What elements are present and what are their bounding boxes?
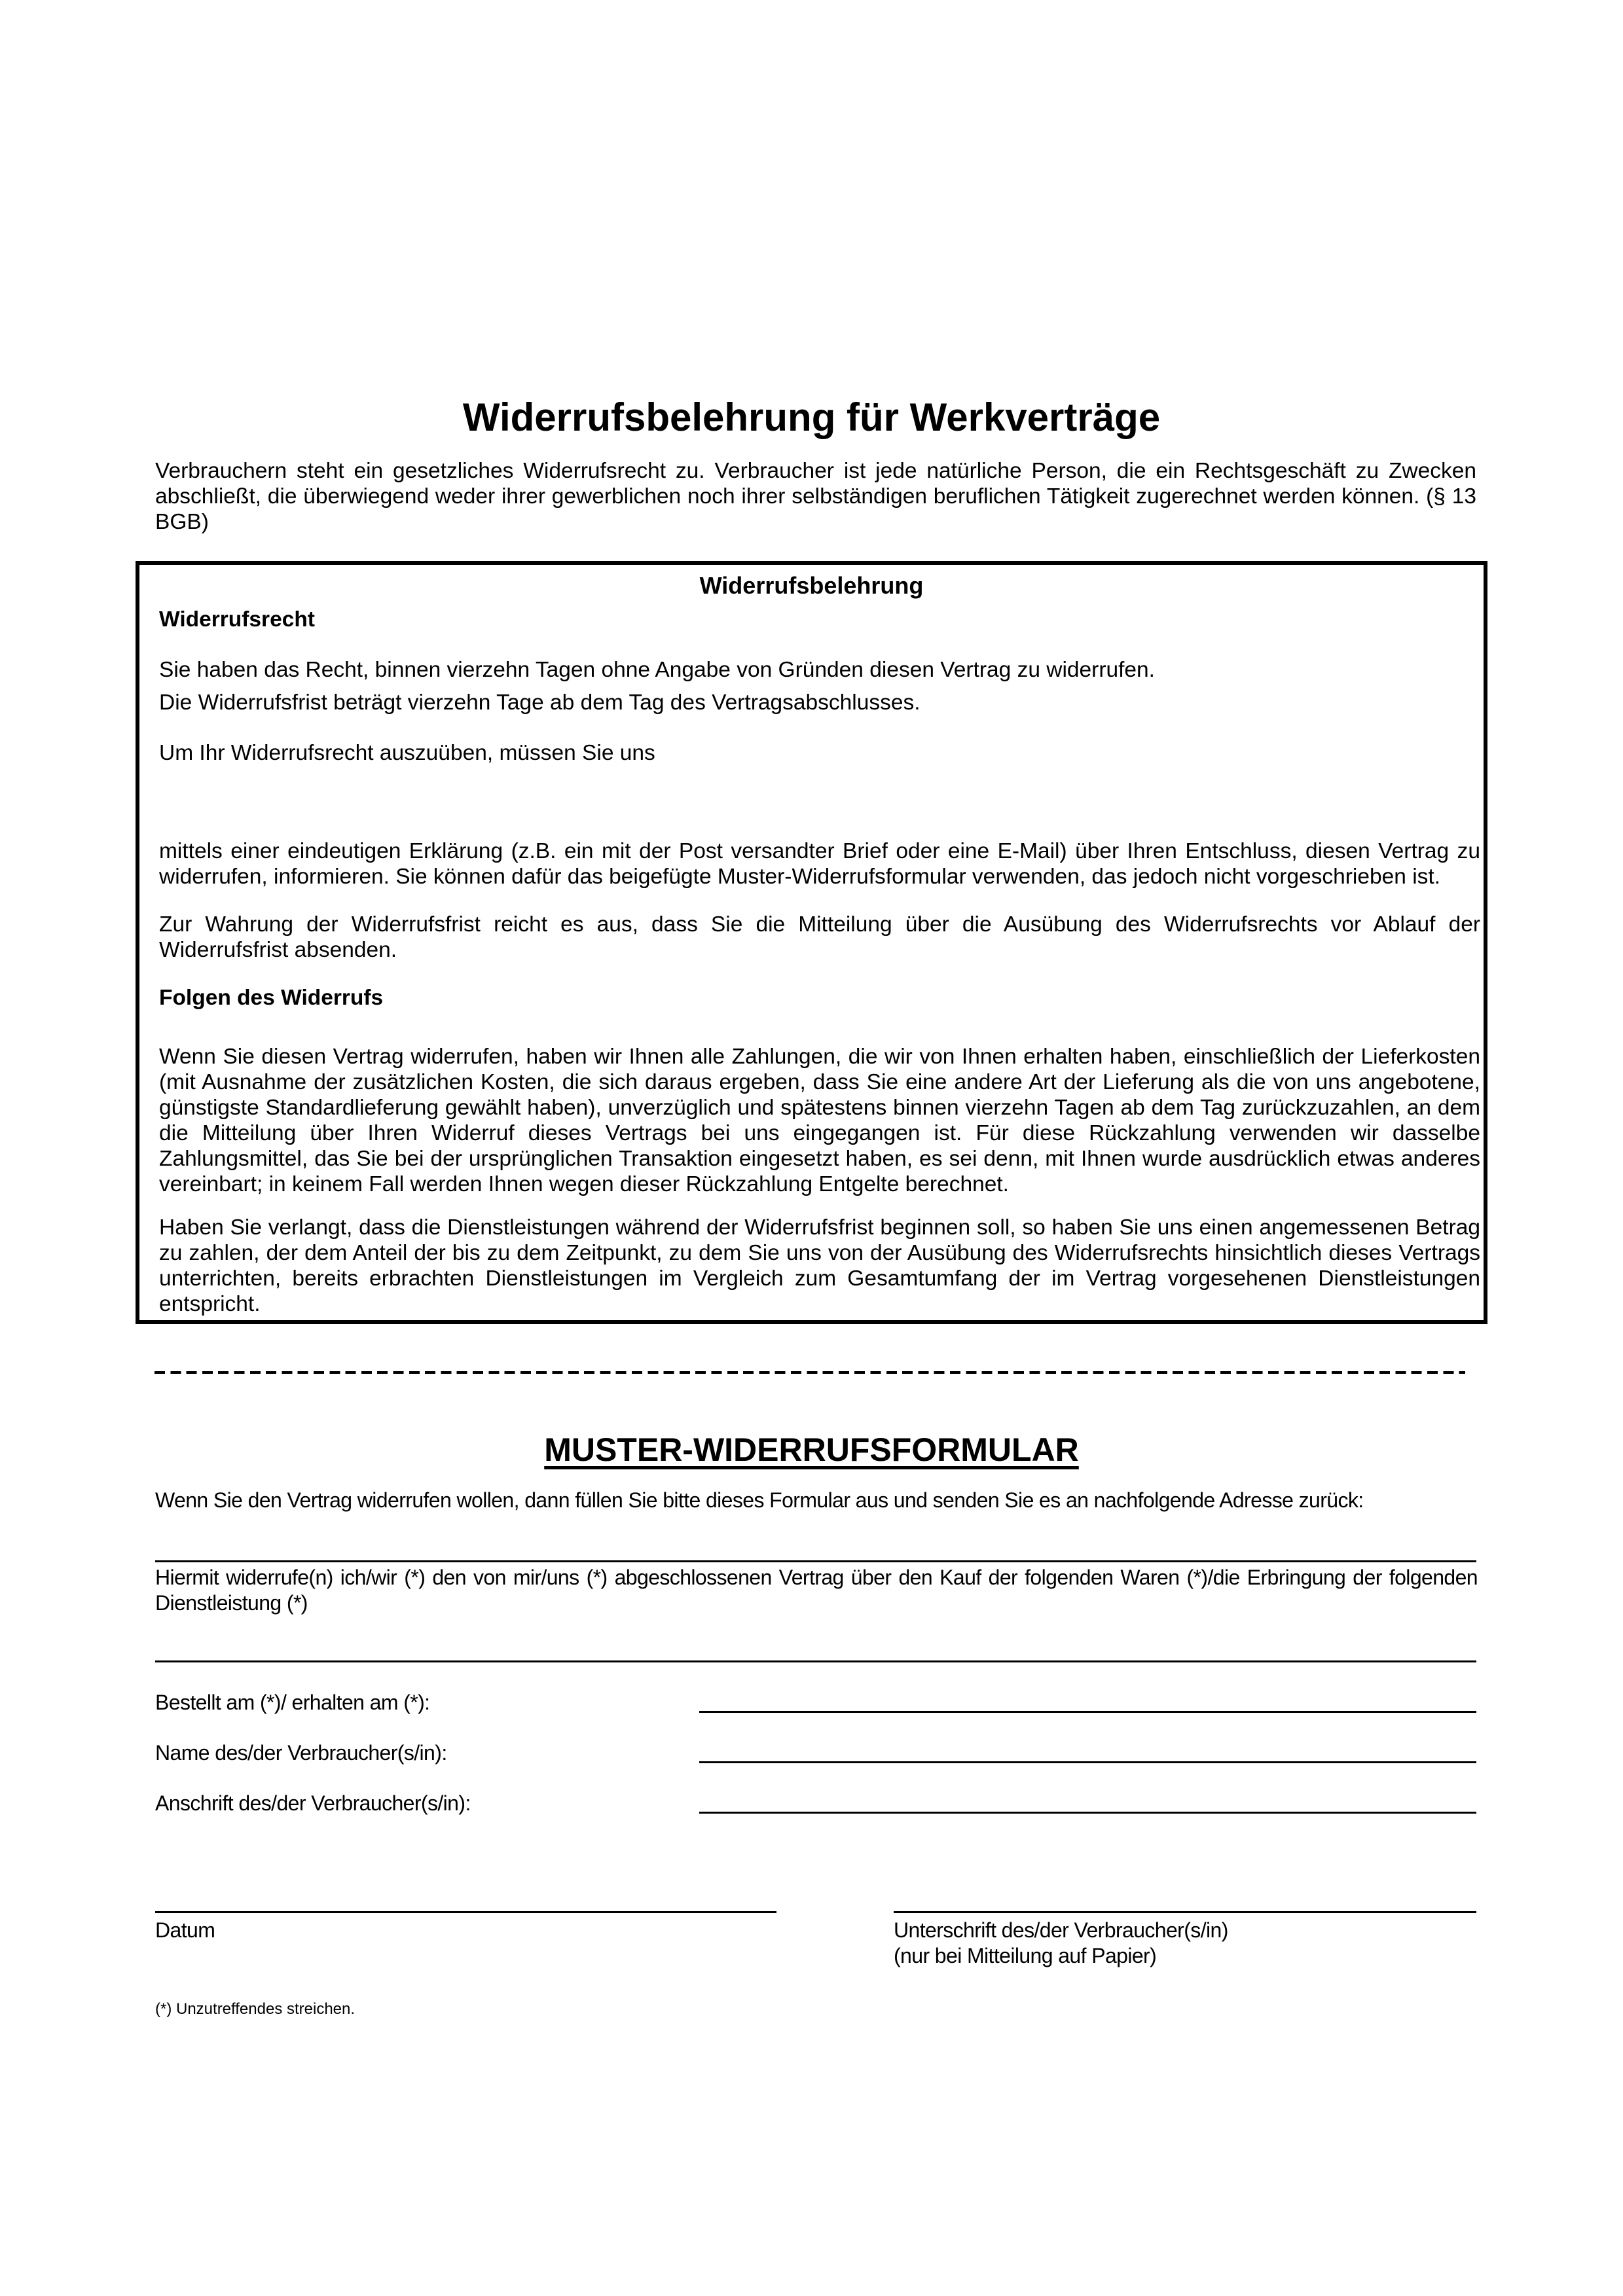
form-title: MUSTER-WIDERRUFSFORMULAR <box>0 1430 1623 1469</box>
form-title-text: MUSTER-WIDERRUFSFORMULAR <box>544 1431 1079 1468</box>
box-heading: Widerrufsbelehrung <box>139 571 1484 600</box>
footnote: (*) Unzutreffendes streichen. <box>155 2000 355 2019</box>
field-line-consumer-name[interactable] <box>699 1761 1476 1763</box>
address-line[interactable] <box>155 1560 1476 1562</box>
paragraph-services: Haben Sie verlangt, dass die Dienstleist… <box>159 1215 1480 1317</box>
section-title-folgen: Folgen des Widerrufs <box>159 985 383 1011</box>
field-line-ordered-received[interactable] <box>699 1711 1476 1713</box>
signature-line[interactable] <box>894 1911 1476 1913</box>
paragraph-consequences: Wenn Sie diesen Vertrag widerrufen, habe… <box>159 1044 1480 1197</box>
section-title-widerrufsrecht: Widerrufsrecht <box>159 607 315 633</box>
paragraph-right-line2: Die Widerrufsfrist beträgt vierzehn Tage… <box>159 690 1480 715</box>
date-line[interactable] <box>155 1911 776 1913</box>
field-label-consumer-address: Anschrift des/der Verbraucher(s/in): <box>155 1791 471 1816</box>
withdrawal-instructions-box: Widerrufsbelehrung Widerrufsrecht Sie ha… <box>136 561 1487 1324</box>
declaration-text: Hiermit widerrufe(n) ich/wir (*) den von… <box>155 1565 1478 1616</box>
field-label-consumer-name: Name des/der Verbraucher(s/in): <box>155 1740 447 1766</box>
intro-paragraph: Verbrauchern steht ein gesetzliches Wide… <box>155 458 1476 535</box>
paragraph-right-line1: Sie haben das Recht, binnen vierzehn Tag… <box>159 657 1480 683</box>
date-label: Datum <box>155 1918 215 1943</box>
paragraph-exercise-right: Um Ihr Widerrufsrecht auszuüben, müssen … <box>159 740 1480 766</box>
field-line-consumer-address[interactable] <box>699 1812 1476 1814</box>
paragraph-deadline: Zur Wahrung der Widerrufsfrist reicht es… <box>159 912 1480 963</box>
form-instruction: Wenn Sie den Vertrag widerrufen wollen, … <box>155 1488 1478 1513</box>
document-title: Widerrufsbelehrung für Werkverträge <box>0 395 1623 440</box>
cut-line-divider <box>155 1371 1465 1374</box>
signature-label: Unterschrift des/der Verbraucher(s/in) <box>894 1918 1228 1943</box>
paragraph-declaration-means: mittels einer eindeutigen Erklärung (z.B… <box>159 838 1480 889</box>
signature-note: (nur bei Mitteilung auf Papier) <box>894 1943 1156 1969</box>
goods-services-line[interactable] <box>155 1660 1476 1662</box>
field-label-ordered-received: Bestellt am (*)/ erhalten am (*): <box>155 1690 429 1715</box>
